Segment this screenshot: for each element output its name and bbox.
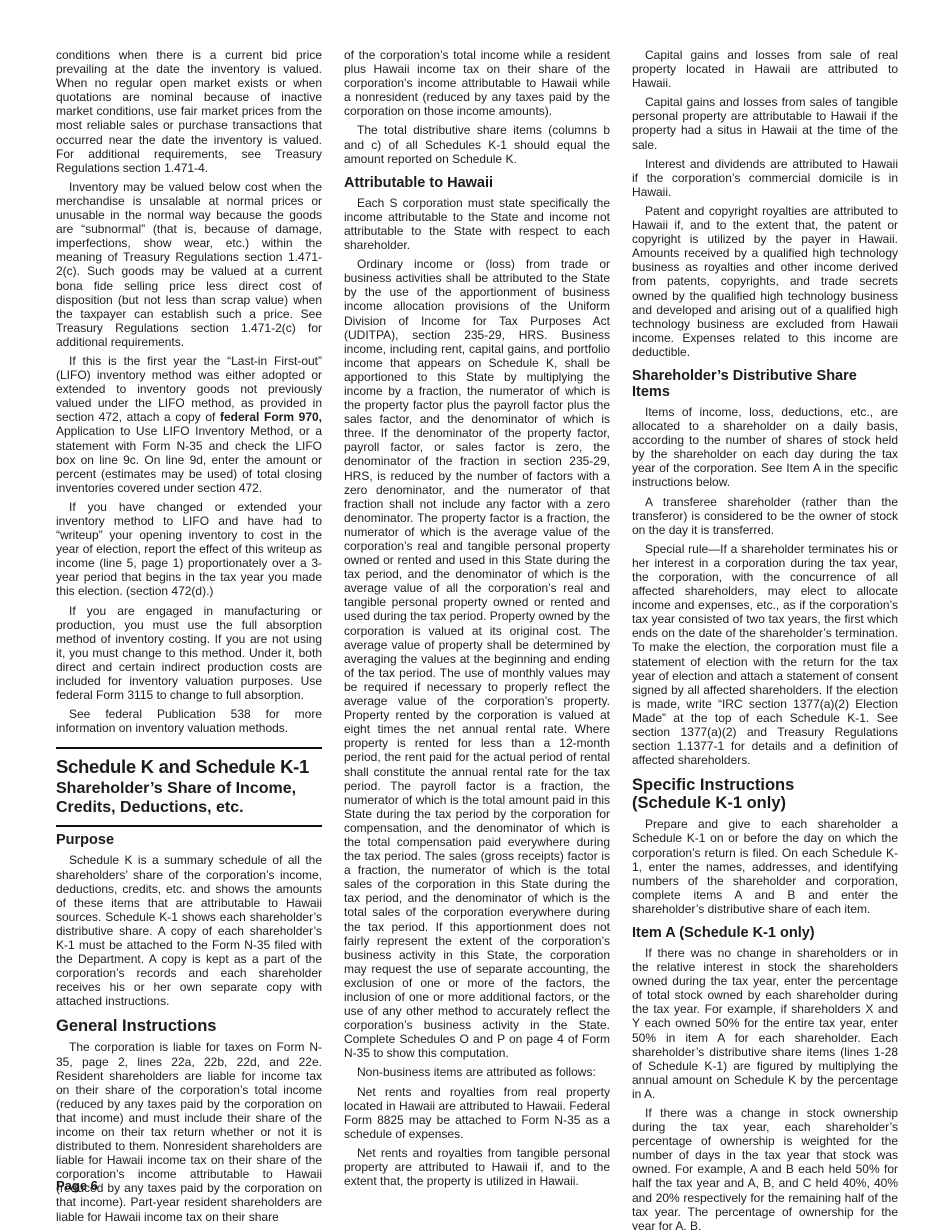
page-number: Page 6 bbox=[56, 1178, 98, 1193]
paragraph: The corporation is liable for taxes on F… bbox=[56, 1040, 322, 1223]
paragraph: Net rents and royalties from real proper… bbox=[344, 1085, 610, 1141]
paragraph: Inventory may be valued below cost when … bbox=[56, 180, 322, 349]
paragraph: Items of income, loss, deductions, etc.,… bbox=[632, 405, 898, 490]
heading-shareholders-distributive-share-items: Shareholder’s Distributive Share Items bbox=[632, 368, 898, 400]
heading-item-a: Item A (Schedule K-1 only) bbox=[632, 925, 898, 941]
heading-specific-instructions-line1: Specific Instructions bbox=[632, 776, 898, 794]
paragraph-text: Application to Use LIFO Inventory Method… bbox=[56, 424, 322, 494]
paragraph: If there was no change in shareholders o… bbox=[632, 946, 898, 1101]
section-subtitle: Shareholder’s Share of Income, Credits, … bbox=[56, 779, 322, 817]
paragraph: Prepare and give to each shareholder a S… bbox=[632, 817, 898, 916]
section-title-block: Schedule K and Schedule K-1 Shareholder’… bbox=[56, 747, 322, 827]
paragraph: If there was a change in stock ownership… bbox=[632, 1106, 898, 1230]
heading-general-instructions: General Instructions bbox=[56, 1017, 322, 1035]
three-column-layout: conditions when there is a current bid p… bbox=[56, 48, 898, 1230]
paragraph: If you are engaged in manufacturing or p… bbox=[56, 604, 322, 703]
section-title: Schedule K and Schedule K-1 bbox=[56, 756, 322, 777]
paragraph: If you have changed or extended your inv… bbox=[56, 500, 322, 599]
heading-purpose: Purpose bbox=[56, 832, 322, 848]
paragraph: If this is the first year the “Last-in F… bbox=[56, 354, 322, 495]
column-2: of the corporation’s total income while … bbox=[344, 48, 610, 1230]
paragraph: A transferee shareholder (rather than th… bbox=[632, 495, 898, 537]
paragraph: Schedule K is a summary schedule of all … bbox=[56, 853, 322, 1008]
paragraph: See federal Publication 538 for more inf… bbox=[56, 707, 322, 735]
paragraph: Capital gains and losses from sales of t… bbox=[632, 95, 898, 151]
paragraph: Capital gains and losses from sale of re… bbox=[632, 48, 898, 90]
bold-form-reference: federal Form 970, bbox=[220, 410, 322, 424]
paragraph: The total distributive share items (colu… bbox=[344, 123, 610, 165]
paragraph: Each S corporation must state specifical… bbox=[344, 196, 610, 252]
column-3: Capital gains and losses from sale of re… bbox=[632, 48, 898, 1230]
column-1: conditions when there is a current bid p… bbox=[56, 48, 322, 1230]
paragraph: Patent and copyright royalties are attri… bbox=[632, 204, 898, 359]
paragraph: Ordinary income or (loss) from trade or … bbox=[344, 257, 610, 1060]
paragraph: of the corporation’s total income while … bbox=[344, 48, 610, 118]
paragraph: Interest and dividends are attributed to… bbox=[632, 157, 898, 199]
heading-specific-instructions: Specific Instructions (Schedule K-1 only… bbox=[632, 776, 898, 812]
heading-specific-instructions-line2: (Schedule K-1 only) bbox=[632, 794, 898, 812]
paragraph: Net rents and royalties from tangible pe… bbox=[344, 1146, 610, 1188]
document-page: conditions when there is a current bid p… bbox=[56, 48, 898, 1230]
paragraph: conditions when there is a current bid p… bbox=[56, 48, 322, 175]
heading-attributable-to-hawaii: Attributable to Hawaii bbox=[344, 175, 610, 191]
paragraph: Special rule—If a shareholder terminates… bbox=[632, 542, 898, 768]
paragraph: Non-business items are attributed as fol… bbox=[344, 1065, 610, 1079]
